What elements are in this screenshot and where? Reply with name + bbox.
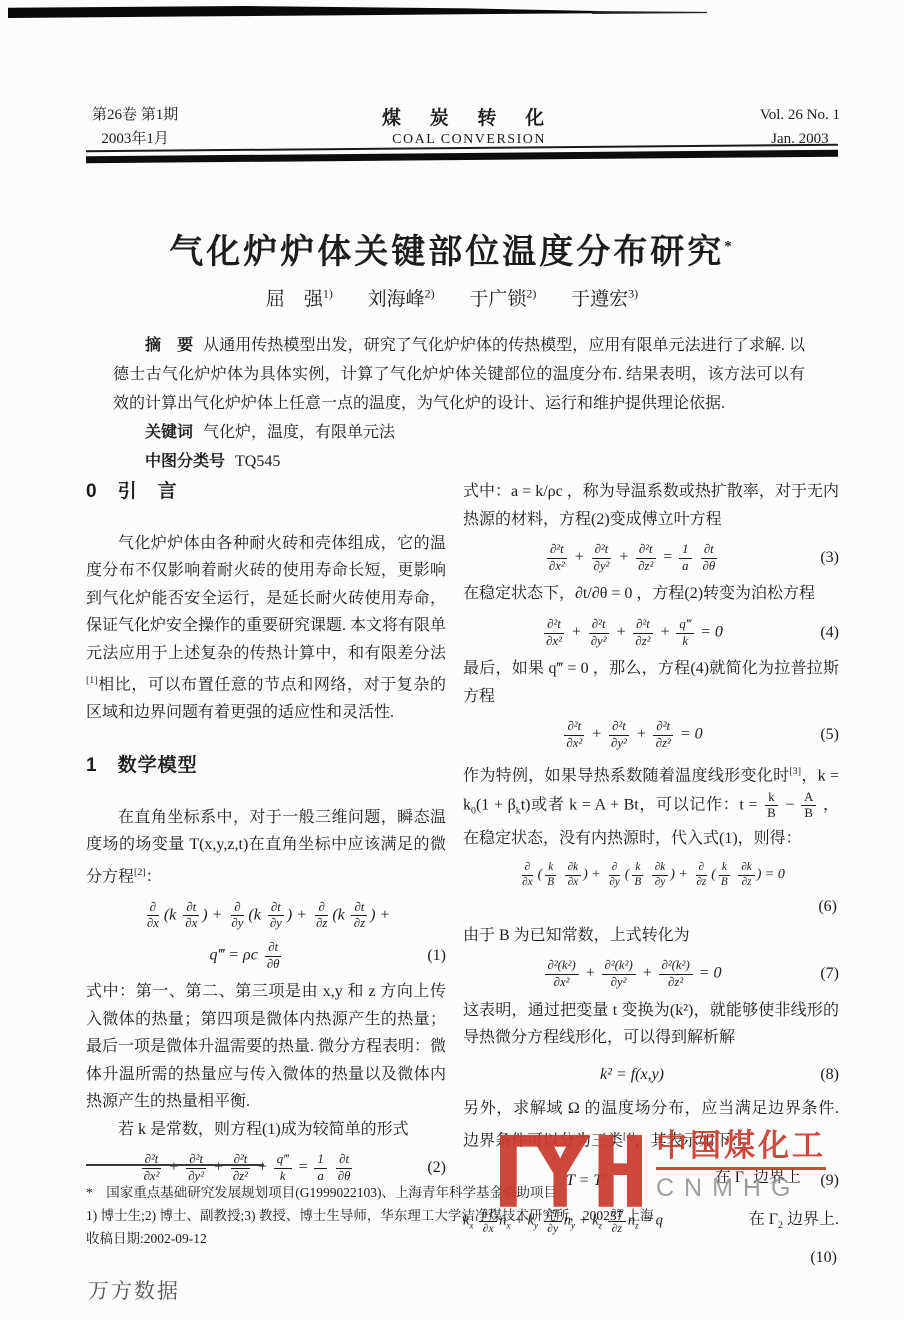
section-1-heading: 1 数学模型 — [86, 752, 446, 780]
model-paragraph-1: 在直角坐标系中，对于一般三维问题，瞬态温度场的场变量 T(x,y,z,t)在直角… — [86, 804, 446, 891]
date-cn: 2003年1月 — [92, 127, 178, 151]
equation-6-number: (6) — [463, 896, 837, 918]
equation-6: ∂∂x(kB ∂k∂x) + ∂∂y(kB ∂k∂y) + ∂∂z(kB ∂k∂… — [463, 861, 839, 889]
authors-line: 屈 强1) 刘海峰2) 于广锁2) 于遵宏3) — [0, 284, 904, 311]
page-title: 气化炉炉体关键部位温度分布研究* — [0, 224, 904, 273]
footnote-divider — [86, 1164, 264, 1166]
equation-4-number: (4) — [801, 619, 839, 647]
watermark-text-block: 中国煤化工 CNMHG — [656, 1117, 826, 1203]
watermark-cn-text: 中国煤化工 — [656, 1129, 826, 1163]
author: 屈 强1) — [266, 289, 333, 310]
header-rule-thick — [86, 150, 838, 164]
equation-5: ∂²t∂x² + ∂²t∂y² + ∂²t∂z² = 0 (5) — [463, 719, 839, 750]
equation-1-line-2: q‴ = ρc ∂t∂θ (1) — [86, 940, 446, 971]
clc-label: 中图分类号 — [145, 453, 225, 470]
equation-3-number: (3) — [801, 544, 839, 572]
equation-8: k² = f(x,y) (8) — [463, 1061, 839, 1089]
volume-issue-en: Vol. 26 No. 1 — [760, 103, 840, 127]
author: 刘海峰2) — [368, 289, 435, 310]
page-title-text: 气化炉炉体关键部位温度分布研究 — [169, 234, 724, 271]
equation-8-number: (8) — [801, 1061, 839, 1089]
right-paragraph-6: 这表明，通过把变量 t 变换为(k²)，就能够使非线形的导热微分方程线形化，可以… — [463, 997, 839, 1052]
right-paragraph-1: 式中：a = k/ρc ，称为导温系数或热扩散率，对于无内热源的材料，方程(2)… — [463, 478, 839, 533]
journal-title-block: 煤 炭 转 化 COAL CONVERSION — [382, 103, 556, 148]
footnote-received-date: 收稿日期:2002-09-12 — [86, 1227, 821, 1250]
equation-2-number: (2) — [408, 1154, 446, 1182]
equation-4: ∂²t∂x² + ∂²t∂y² + ∂²t∂z² + q‴k = 0 (4) — [463, 617, 839, 648]
left-column: 0 引 言 气化炉炉体由各种耐火砖和壳体组成，它的温度分布不仅影响着耐火砖的使用… — [86, 478, 446, 1191]
model-paragraph-2: 式中：第一、第二、第三项是由 x,y 和 z 方向上传入微体的热量；第四项是微体… — [86, 978, 446, 1116]
equation-7: ∂²(k²)∂x² + ∂²(k²)∂y² + ∂²(k²)∂z² = 0 (7… — [463, 958, 839, 989]
keywords-text: 气化炉，温度，有限单元法 — [203, 424, 395, 441]
watermark-rule — [656, 1167, 826, 1170]
intro-paragraph: 气化炉炉体由各种耐火砖和壳体组成，它的温度分布不仅影响着耐火砖的使用寿命长短，更… — [86, 530, 446, 727]
right-paragraph-4: 作为特例，如果导热系数随着温度线形变化时[3]，k = k0(1 + βkt)或… — [463, 758, 839, 852]
title-footnote-mark: * — [724, 238, 735, 254]
author: 于遵宏3) — [571, 289, 638, 310]
scan-artifact-bar — [8, 6, 598, 18]
right-paragraph-3: 最后，如果 q‴ = 0 ，那么，方程(4)就简化为拉普拉斯方程 — [463, 655, 839, 710]
clc-value: TQ545 — [235, 453, 280, 470]
watermark: 中国煤化工 CNMHG — [500, 1117, 826, 1213]
right-paragraph-5: 由于 B 为已知常数，上式转化为 — [463, 922, 839, 950]
right-paragraph-2: 在稳定状态下，∂t/∂θ = 0 ，方程(2)转变为泊松方程 — [463, 580, 839, 608]
section-0-heading: 0 引 言 — [86, 478, 446, 506]
equation-5-number: (5) — [801, 721, 839, 749]
watermark-en-text: CNMHG — [656, 1174, 826, 1203]
equation-3: ∂²t∂x² + ∂²t∂y² + ∂²t∂z² = 1a ∂t∂θ (3) — [463, 542, 839, 573]
clc-line: 中图分类号TQ545 — [113, 447, 805, 476]
model-paragraph-3: 若 k 是常数，则方程(1)成为较简单的形式 — [86, 1116, 446, 1144]
scan-artifact-tail — [592, 11, 707, 14]
keywords-label: 关键词 — [145, 424, 193, 441]
keywords-line: 关键词气化炉，温度，有限单元法 — [113, 418, 805, 447]
scanned-paper-page: 第26卷 第1期 2003年1月 煤 炭 转 化 COAL CONVERSION… — [0, 0, 904, 1320]
equation-10-number: (10) — [463, 1247, 837, 1269]
abstract-paragraph: 摘 要从通用传热模型出发，研究了气化炉炉体的传热模型，应用有限单元法进行了求解.… — [113, 331, 805, 418]
equation-7-number: (7) — [801, 960, 839, 988]
author: 于广锁2) — [469, 289, 536, 310]
abstract-text: 从通用传热模型出发，研究了气化炉炉体的传热模型，应用有限单元法进行了求解. 以德… — [113, 337, 805, 412]
abstract-label: 摘 要 — [145, 337, 193, 354]
equation-1-line-1: ∂∂x(k ∂t∂x) + ∂∂y(k ∂t∂y) + ∂∂z(k ∂t∂z) … — [86, 900, 446, 931]
wanfang-data-label: 万方数据 — [88, 1275, 180, 1305]
abstract-block: 摘 要从通用传热模型出发，研究了气化炉炉体的传热模型，应用有限单元法进行了求解.… — [113, 331, 805, 476]
coal-chem-logo-icon — [500, 1117, 642, 1213]
equation-2: ∂²t∂x² + ∂²t∂y² + ∂²t∂z² + q‴k = 1a ∂t∂θ… — [86, 1152, 446, 1183]
equation-1-number: (1) — [408, 942, 446, 970]
volume-issue-cn: 第26卷 第1期 — [92, 103, 178, 127]
journal-title-cn: 煤 炭 转 化 — [382, 103, 556, 130]
header-issue-cn: 第26卷 第1期 2003年1月 — [92, 103, 178, 151]
